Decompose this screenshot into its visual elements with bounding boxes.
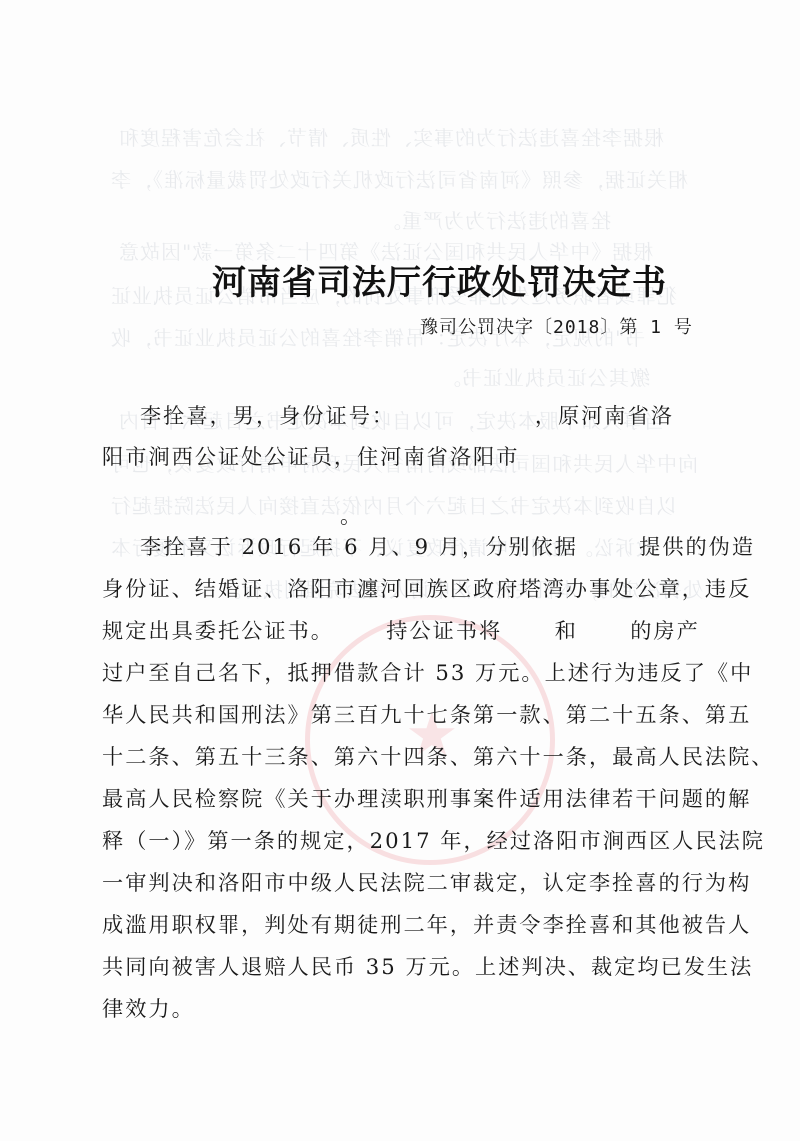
bleed-line: 相关证据，参照《河南省司法行政机关行政处罚裁量标准》，李 [110,164,688,193]
paragraph-2-line-10: 成滥用职权罪，判处有期徒刑二年，并责令李拴喜和其他被告人 [102,914,751,935]
paragraph-2-line-6: 十二条、第五十三条、第六十四条、第六十一条，最高人民法院、 [102,746,774,767]
paragraph-1-line-1: 李拴喜，男，身份证号： ，原河南省洛 [140,405,674,426]
bleed-line: 缴其公证员执业证书。 [440,362,650,391]
paragraph-2-line-4: 过户至自己名下，抵押借款合计 53 万元。上述行为违反了《中 [102,662,753,683]
bleed-line: 拴喜的违法行为为严重。 [380,205,611,234]
document-title: 河南省司法厅行政处罚决定书 [212,255,667,304]
paragraph-1-trailing-period: 。 [340,500,361,530]
document-page: 根据李拴喜违法行为的事实、性质、情节、社会危害程度和 相关证据，参照《河南省司法… [0,0,800,1141]
paragraph-2-line-9: 一审判决和洛阳市中级人民法院二审裁定，认定李拴喜的行为构 [102,872,751,893]
document-number: 豫司公罚决字〔2018〕第 1 号 [420,313,693,339]
bleed-line: 以自收到本决定书之日起六个月内依法直接向人民法院提起行 [110,490,677,519]
paragraph-2-line-7: 最高人民检察院《关于办理渎职刑事案件适用法律若干问题的解 [102,788,751,809]
paragraph-2-line-12: 律效力。 [102,998,195,1019]
bleed-line: 根据李拴喜违法行为的事实、性质、情节、社会危害程度和 [118,122,664,151]
paragraph-2-line-1: 李拴喜于 2016 年 6 月、9 月，分别依据 提供的伪造 [140,536,755,557]
paragraph-2-line-2: 身份证、结婚证、洛阳市瀍河回族区政府塔湾办事处公章，违反 [102,578,751,599]
paragraph-2-line-3: 规定出具委托公证书。 持公证书将 和 的房产 [102,620,700,641]
paragraph-1-line-2: 阳市涧西公证处公证员，住河南省洛阳市 [102,446,519,467]
paragraph-2-line-8: 释（一）》第一条的规定，2017 年，经过洛阳市涧西区人民法院 [102,830,765,851]
paragraph-2-line-11: 共同向被害人退赔人民币 35 万元。上述判决、裁定均已发生法 [102,956,753,977]
paragraph-2-line-5: 华人民共和国刑法》第三百九十七条第一款、第二十五条、第五 [102,704,751,725]
